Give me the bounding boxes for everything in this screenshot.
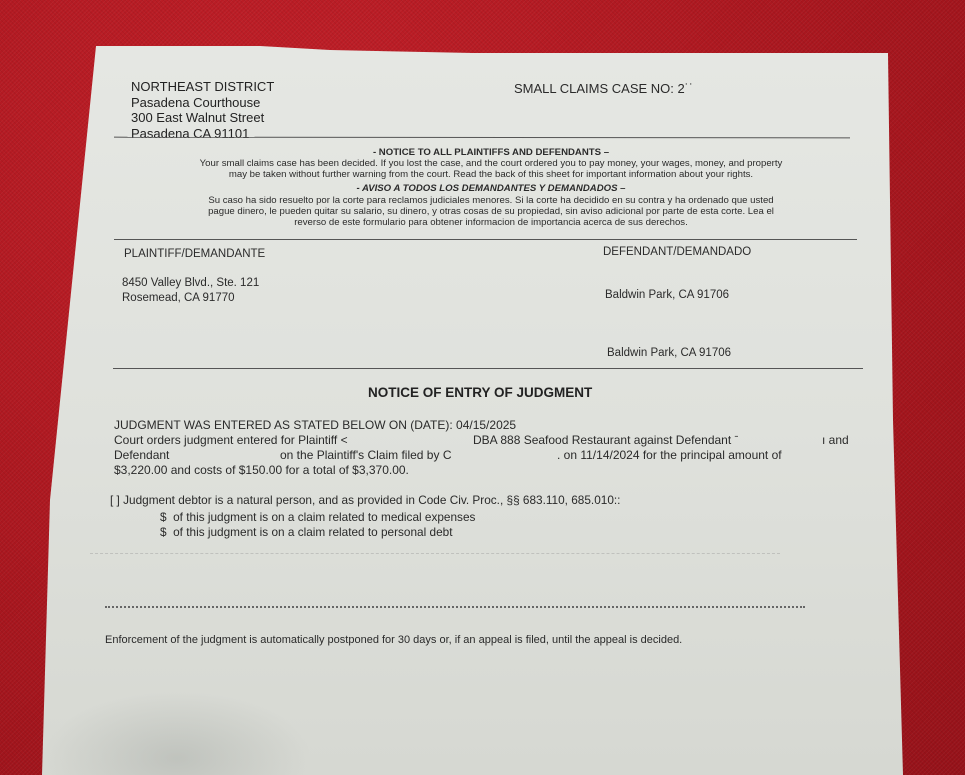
personal-debt-line: $ of this judgment is on a claim related… [160, 525, 452, 539]
debtor-checkbox-row: [ ] Judgment debtor is a natural person,… [110, 493, 620, 507]
judgment-amounts: $3,220.00 and costs of $150.00 for a tot… [114, 463, 409, 477]
dotted-divider [105, 606, 805, 608]
notice-line: pague dinero, le pueden quitar su salari… [122, 206, 860, 217]
plaintiff-label: PLAINTIFF/DEMANDANTE [124, 248, 265, 260]
judgment-entered-line: JUDGMENT WAS ENTERED AS STATED BELOW ON … [114, 418, 516, 432]
court-city: Pasadena CA 91101 [131, 126, 274, 142]
court-district: NORTHEAST DISTRICT [131, 79, 274, 95]
medical-expenses-line: $ of this judgment is on a claim related… [160, 510, 475, 524]
plaintiff-address: 8450 Valley Blvd., Ste. 121 Rosemead, CA… [122, 276, 259, 305]
plaintiff-city: Rosemead, CA 91770 [122, 291, 259, 306]
notice-line: Your small claims case has been decided.… [122, 158, 860, 169]
judgment-dba-text: DBA 888 Seafood Restaurant against Defen… [473, 433, 739, 447]
notice-body-english: Your small claims case has been decided.… [122, 158, 860, 180]
notice-line: reverso de este formulario para obtener … [122, 217, 860, 228]
defendant-label: DEFENDANT/DEMANDADO [603, 246, 751, 258]
dollar-sign: $ [160, 510, 167, 524]
judgment-filed-date-text: . on 11/14/2024 for the principal amount… [557, 448, 782, 462]
medical-expenses-text: of this judgment is on a claim related t… [173, 510, 475, 524]
judgment-plaintiff-text: Court orders judgment entered for Plaint… [114, 433, 348, 447]
court-street: 300 East Walnut Street [131, 110, 274, 126]
courthouse-name: Pasadena Courthouse [131, 95, 274, 111]
defendant-address-1: Baldwin Park, CA 91706 [605, 288, 729, 303]
notice-body-spanish: Su caso ha sido resuelto por la corte pa… [122, 195, 860, 229]
notice-line: Su caso ha sido resuelto por la corte pa… [122, 195, 860, 206]
defendant-address-2: Baldwin Park, CA 91706 [607, 346, 731, 361]
natural-person-checkbox[interactable]: [ ] [110, 493, 120, 507]
court-address-block: NORTHEAST DISTRICT Pasadena Courthouse 3… [131, 79, 274, 141]
debtor-statement: Judgment debtor is a natural person, and… [123, 493, 620, 507]
judgment-defendant-text: Defendant [114, 448, 169, 462]
judgment-and-text: ı and [822, 433, 849, 447]
notice-line: may be taken without further warning fro… [122, 169, 860, 180]
faint-divider [90, 553, 780, 554]
dollar-sign: $ [160, 525, 167, 539]
notice-divider [114, 239, 857, 240]
personal-debt-text: of this judgment is on a claim related t… [173, 525, 452, 539]
enforcement-note: Enforcement of the judgment is automatic… [105, 634, 682, 646]
case-number-label: SMALL CLAIMS CASE NO: 2 [514, 81, 685, 96]
notice-title-spanish: - AVISO A TODOS LOS DEMANDANTES Y DEMAND… [122, 183, 860, 194]
judgment-title: NOTICE OF ENTRY OF JUDGMENT [368, 385, 592, 400]
plaintiff-street: 8450 Valley Blvd., Ste. 121 [122, 276, 259, 291]
judgment-claim-text: on the Plaintiff's Claim filed by C [280, 448, 451, 462]
case-number: SMALL CLAIMS CASE NO: 2˙˙ [514, 81, 693, 96]
case-number-value: ˙˙ [685, 81, 694, 96]
notice-title-english: - NOTICE TO ALL PLAINTIFFS AND DEFENDANT… [122, 147, 860, 158]
parties-divider [113, 368, 863, 369]
